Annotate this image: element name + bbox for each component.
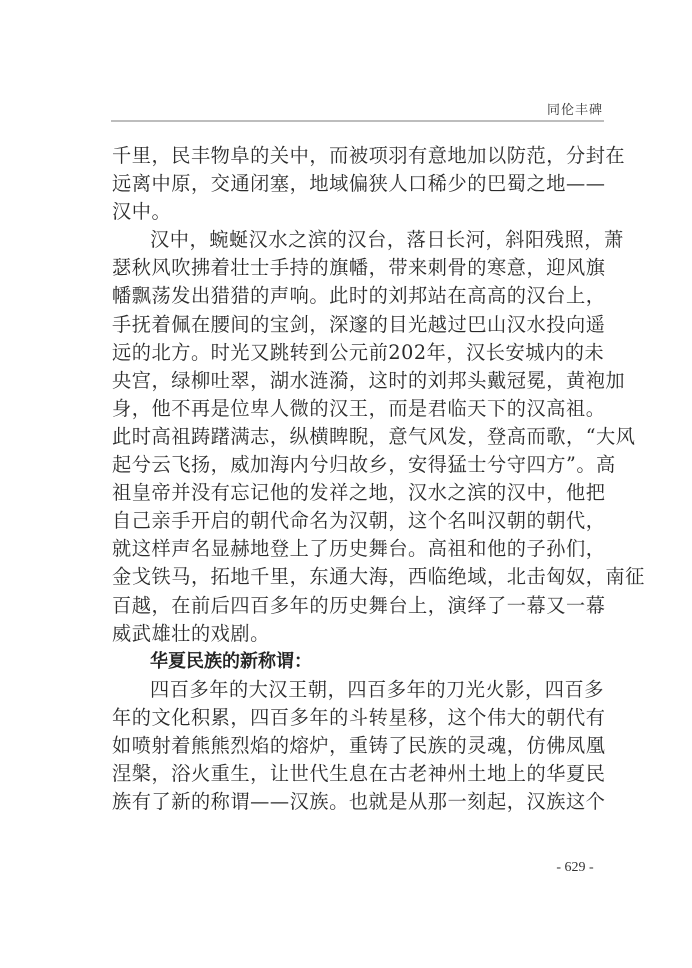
paragraph-han-dynasty: 四百多年的大汉王朝，四百多年的刀光火影，四百多 年的文化积累，四百多年的斗转星移… <box>112 676 604 816</box>
body-text: 千里，民丰物阜的关中，而被项羽有意地加以防范，分封在 远离中原，交通闭塞，地域偏… <box>112 142 604 816</box>
text-line: 此时高祖踌躇满志，纵横睥睨，意气风发，登高而歌，“大风 <box>112 423 604 451</box>
text-line: 远的北方。时光又跳转到公元前202年，汉长安城内的未 <box>112 339 604 367</box>
text-line: 身，他不再是位卑人微的汉王，而是君临天下的汉高祖。 <box>112 395 604 423</box>
running-head: 同伦丰碑 <box>111 99 603 118</box>
text-line: 汉中，蜿蜒汉水之滨的汉台，落日长河，斜阳残照，萧 <box>112 226 604 254</box>
text-line: 百越，在前后四百多年的历史舞台上，演绎了一幕又一幕 <box>112 592 604 620</box>
text-line: 瑟秋风吹拂着壮士手持的旗幡，带来刺骨的寒意，迎风旗 <box>112 254 604 282</box>
text-line: 如喷射着熊熊烈焰的熔炉，重铸了民族的灵魂，仿佛凤凰 <box>112 732 604 760</box>
text-line: 祖皇帝并没有忘记他的发祥之地，汉水之滨的汉中，他把 <box>112 479 604 507</box>
text-line: 央宫，绿柳吐翠，湖水涟漪，这时的刘邦头戴冠冕，黄袍加 <box>112 367 604 395</box>
header-rule <box>111 120 604 122</box>
text-line: 族有了新的称谓——汉族。也就是从那一刻起，汉族这个 <box>112 788 604 816</box>
text-line: 四百多年的大汉王朝，四百多年的刀光火影，四百多 <box>112 676 604 704</box>
text-line: 远离中原，交通闭塞，地域偏狭人口稀少的巴蜀之地—— <box>112 170 604 198</box>
text-line: 涅槃，浴火重生，让世代生息在古老神州土地上的华夏民 <box>112 760 604 788</box>
text-line: 起兮云飞扬，威加海内兮归故乡，安得猛士兮守四方”。高 <box>112 451 604 479</box>
text-line: 年的文化积累，四百多年的斗转星移，这个伟大的朝代有 <box>112 704 604 732</box>
section-subheading: 华夏民族的新称谓： <box>112 648 604 676</box>
text-line: 自己亲手开启的朝代命名为汉朝，这个名叫汉朝的朝代， <box>112 507 604 535</box>
page-number: - 629 - <box>540 860 610 876</box>
paragraph-hanzhong: 汉中，蜿蜒汉水之滨的汉台，落日长河，斜阳残照，萧 瑟秋风吹拂着壮士手持的旗幡，带… <box>112 226 604 647</box>
book-page: 同伦丰碑 千里，民丰物阜的关中，而被项羽有意地加以防范，分封在 远离中原，交通闭… <box>0 0 692 968</box>
paragraph-continuation: 千里，民丰物阜的关中，而被项羽有意地加以防范，分封在 远离中原，交通闭塞，地域偏… <box>112 142 604 226</box>
text-line: 幡飘荡发出猎猎的声响。此时的刘邦站在高高的汉台上， <box>112 282 604 310</box>
text-line: 威武雄壮的戏剧。 <box>112 620 604 648</box>
text-line: 就这样声名显赫地登上了历史舞台。高祖和他的子孙们， <box>112 535 604 563</box>
text-line: 金戈铁马，拓地千里，东通大海，西临绝域，北击匈奴，南征 <box>112 563 604 591</box>
text-line: 汉中。 <box>112 198 604 226</box>
text-line: 千里，民丰物阜的关中，而被项羽有意地加以防范，分封在 <box>112 142 604 170</box>
text-line: 手抚着佩在腰间的宝剑，深邃的目光越过巴山汉水投向遥 <box>112 311 604 339</box>
